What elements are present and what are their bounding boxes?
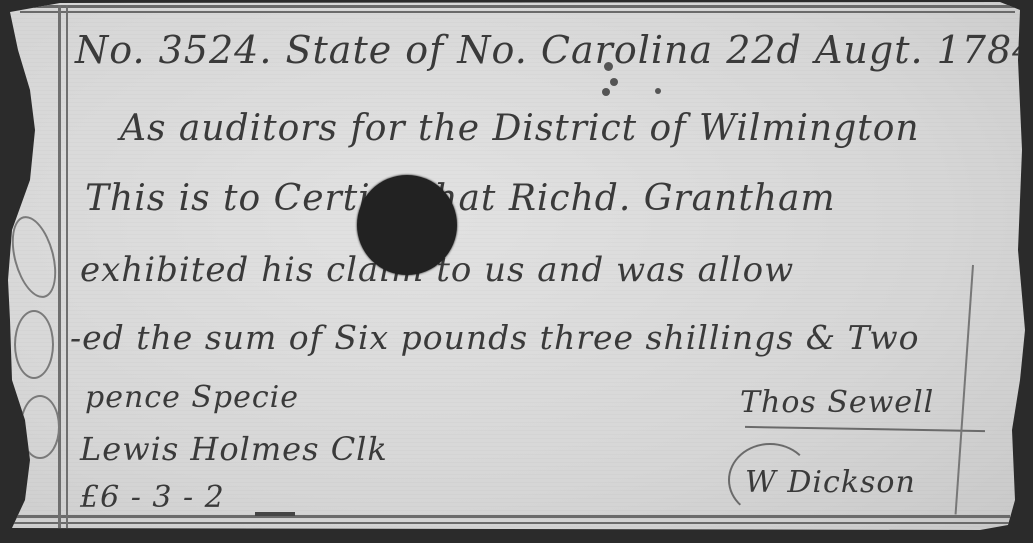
margin-flourish bbox=[20, 395, 60, 459]
bottom-rule-inner bbox=[10, 522, 1010, 524]
sum-allowed-line: -ed the sum of Six pounds three shilling… bbox=[70, 318, 920, 357]
left-margin-rule-2 bbox=[66, 5, 68, 530]
ink-blot bbox=[610, 78, 618, 86]
auditor-signature-sewell: Thos Sewell bbox=[740, 385, 934, 420]
ink-blot bbox=[655, 88, 661, 94]
amount-underline bbox=[255, 512, 295, 516]
top-rule-outer bbox=[20, 5, 1015, 8]
clerk-signature: Lewis Holmes Clk bbox=[80, 430, 388, 468]
left-margin-rule-1 bbox=[58, 5, 61, 530]
cancellation-punch-hole bbox=[357, 175, 457, 275]
signature-flourish bbox=[745, 426, 985, 432]
document-header: No. 3524. State of No. Carolina 22d Augt… bbox=[75, 28, 1033, 72]
document-paper: No. 3524. State of No. Carolina 22d Augt… bbox=[0, 0, 1033, 543]
auditor-signature-dickson: W Dickson bbox=[745, 465, 916, 500]
ink-blot bbox=[602, 88, 610, 96]
margin-flourish bbox=[4, 211, 64, 302]
bottom-rule-outer bbox=[10, 515, 1010, 518]
amount-total: £6 - 3 - 2 bbox=[80, 480, 225, 515]
auditors-district-line: As auditors for the District of Wilmingt… bbox=[120, 108, 920, 149]
pencil-line bbox=[955, 265, 974, 515]
specie-line: pence Specie bbox=[85, 380, 299, 415]
scan-background: No. 3524. State of No. Carolina 22d Augt… bbox=[0, 0, 1033, 543]
top-rule-inner bbox=[20, 11, 1015, 13]
certify-claimant-line: This is to Certify that Richd. Grantham bbox=[85, 178, 836, 219]
margin-flourish bbox=[14, 310, 54, 379]
